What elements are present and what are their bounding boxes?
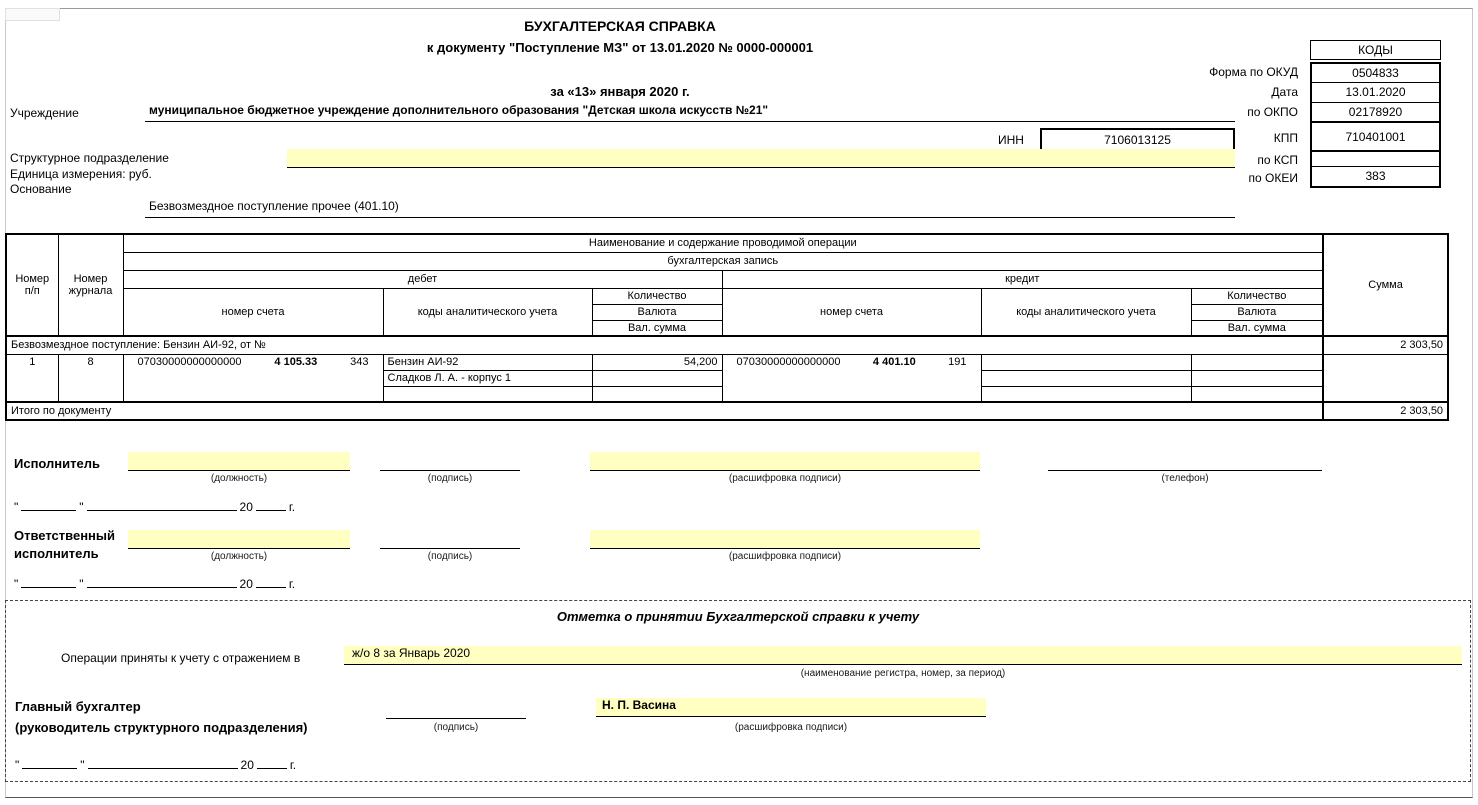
- document-date-line: за «13» января 2020 г.: [0, 84, 1240, 99]
- phone-caption: (телефон): [1048, 473, 1322, 484]
- codes-labels: Форма по ОКУД Дата по ОКПО КПП по КСП по…: [1085, 62, 1303, 189]
- col-header-debit-quantity: Количество: [592, 288, 722, 304]
- codes-values-box: 0504833 13.01.2020 02178920 710401001 38…: [1310, 62, 1441, 188]
- col-header-debit-cursum: Вал. сумма: [592, 320, 722, 336]
- position-caption: (должность): [128, 551, 350, 562]
- basis-label: Основание: [10, 182, 72, 196]
- responsible-position-field[interactable]: [128, 530, 350, 549]
- chief-accountant-label-1: Главный бухгалтер: [15, 699, 141, 714]
- executor-position-field[interactable]: [128, 452, 350, 471]
- position-caption: (должность): [128, 473, 350, 484]
- value-okud: 0504833: [1312, 64, 1439, 83]
- month-blank: [87, 498, 237, 511]
- year-prefix: 20: [240, 577, 253, 591]
- chief-signature-line: [386, 700, 526, 719]
- operations-accepted-label: Операции приняты к учету с отражением в: [61, 651, 300, 665]
- col-header-num: Номер п/п: [6, 234, 58, 336]
- signature-caption: (подпись): [380, 473, 520, 484]
- month-blank: [87, 575, 237, 588]
- transcript-caption: (расшифровка подписи): [596, 722, 986, 733]
- document-title-block: БУХГАЛТЕРСКАЯ СПРАВКА к документу "Посту…: [0, 18, 1240, 55]
- signature-caption: (подпись): [380, 551, 520, 562]
- page-title: БУХГАЛТЕРСКАЯ СПРАВКА: [0, 18, 1240, 34]
- group-row-sum: 2 303,50: [1323, 336, 1448, 354]
- acceptance-section: Отметка о принятии Бухгалтерской справки…: [5, 600, 1471, 782]
- quote-mark: ": [14, 500, 18, 514]
- transcript-caption: (расшифровка подписи): [590, 473, 980, 484]
- signature-caption: (подпись): [386, 722, 526, 733]
- responsible-signature-line: [380, 530, 520, 549]
- date-blank: [21, 498, 76, 511]
- col-header-debit-currency: Валюта: [592, 304, 722, 320]
- acceptance-date-line: ""20г.: [15, 756, 296, 772]
- responsible-label-1: Ответственный: [14, 528, 115, 543]
- quote-mark: ": [15, 758, 19, 772]
- value-date: 13.01.2020: [1312, 83, 1439, 103]
- codes-header-box: КОДЫ: [1310, 40, 1441, 60]
- group-row: Безвозмездное поступление: Бензин АИ-92,…: [6, 336, 1448, 354]
- credit-analytics-3: [981, 386, 1191, 402]
- table-row: 1 8 07030000000000000 4 105.33 343 Бензи…: [6, 354, 1448, 370]
- register-field[interactable]: ж/о 8 за Январь 2020: [344, 646, 1462, 665]
- row-num: 1: [6, 354, 58, 402]
- year-blank: [256, 498, 286, 511]
- col-header-credit-quantity: Количество: [1191, 288, 1323, 304]
- col-header-credit-currency: Валюта: [1191, 304, 1323, 320]
- debit-account-cell: 07030000000000000 4 105.33 343: [123, 354, 383, 402]
- quote-mark: ": [14, 577, 18, 591]
- credit-quantity-2: [1191, 370, 1323, 386]
- value-okei: 383: [1312, 166, 1439, 186]
- year-prefix: 20: [241, 758, 254, 772]
- year-suffix: г.: [289, 500, 295, 514]
- debit-kps: 07030000000000000: [138, 356, 242, 368]
- quote-mark: ": [80, 758, 84, 772]
- col-header-credit: кредит: [722, 270, 1323, 288]
- col-header-credit-account: номер счета: [722, 288, 981, 336]
- basis-value: Безвозмездное поступление прочее (401.10…: [145, 199, 1235, 218]
- col-header-entry: бухгалтерская запись: [123, 252, 1323, 270]
- institution-value: муниципальное бюджетное учреждение допол…: [145, 103, 1235, 122]
- register-caption: (наименование регистра, номер, за период…: [344, 668, 1462, 679]
- col-header-credit-analytics: коды аналитического учета: [981, 288, 1191, 336]
- accounting-certificate-page: БУХГАЛТЕРСКАЯ СПРАВКА к документу "Посту…: [0, 0, 1478, 805]
- debit-analytics-2: Сладков Л. А. - корпус 1: [383, 370, 592, 386]
- group-row-text: Безвозмездное поступление: Бензин АИ-92,…: [6, 336, 1323, 354]
- institution-label: Учреждение: [10, 106, 79, 120]
- col-header-debit-analytics: коды аналитического учета: [383, 288, 592, 336]
- responsible-date-line: ""20г.: [14, 575, 295, 591]
- credit-account: 4 401.10: [873, 356, 916, 368]
- executor-signature-line: [380, 452, 520, 471]
- label-okei: по ОКЕИ: [1085, 168, 1303, 189]
- credit-analytics-1: [981, 354, 1191, 370]
- transcript-caption: (расшифровка подписи): [590, 551, 980, 562]
- debit-analytics-3: [383, 386, 592, 402]
- total-label: Итого по документу: [6, 402, 1323, 420]
- executor-name-field[interactable]: [590, 452, 980, 471]
- executor-phone-line: [1048, 452, 1322, 471]
- date-blank: [22, 756, 77, 769]
- year-suffix: г.: [290, 758, 296, 772]
- page-subtitle: к документу "Поступление МЗ" от 13.01.20…: [0, 40, 1240, 55]
- col-header-journal: Номер журнала: [58, 234, 123, 336]
- executor-date-line: ""20г.: [14, 498, 295, 514]
- date-blank: [21, 575, 76, 588]
- quote-mark: ": [79, 577, 83, 591]
- col-header-operation: Наименование и содержание проводимой опе…: [123, 234, 1323, 252]
- credit-analytics-2: [981, 370, 1191, 386]
- credit-kosgu: 191: [948, 356, 966, 368]
- label-date: Дата: [1085, 82, 1303, 102]
- col-header-debit-account: номер счета: [123, 288, 383, 336]
- value-okpo: 02178920: [1312, 103, 1439, 123]
- year-prefix: 20: [240, 500, 253, 514]
- operations-table: Номер п/п Номер журнала Наименование и с…: [5, 233, 1449, 421]
- debit-analytics-1: Бензин АИ-92: [383, 354, 592, 370]
- col-header-debit: дебет: [123, 270, 722, 288]
- responsible-name-field[interactable]: [590, 530, 980, 549]
- year-blank: [256, 575, 286, 588]
- quote-mark: ": [79, 500, 83, 514]
- label-okud: Форма по ОКУД: [1085, 62, 1303, 82]
- debit-quantity-1: 54,200: [592, 354, 722, 370]
- acceptance-title: Отметка о принятии Бухгалтерской справки…: [6, 609, 1470, 624]
- value-ksp: [1312, 152, 1439, 166]
- year-suffix: г.: [289, 577, 295, 591]
- credit-kps: 07030000000000000: [737, 356, 841, 368]
- credit-quantity-1: [1191, 354, 1323, 370]
- total-sum: 2 303,50: [1323, 402, 1448, 420]
- debit-quantity-3: [592, 386, 722, 402]
- total-row: Итого по документу 2 303,50: [6, 402, 1448, 420]
- debit-account: 4 105.33: [274, 356, 317, 368]
- month-blank: [88, 756, 238, 769]
- debit-kosgu: 343: [350, 356, 368, 368]
- credit-account-cell: 07030000000000000 4 401.10 191: [722, 354, 981, 402]
- debit-quantity-2: [592, 370, 722, 386]
- chief-accountant-label-2: (руководитель структурного подразделения…: [15, 720, 308, 735]
- col-header-credit-cursum: Вал. сумма: [1191, 320, 1323, 336]
- value-kpp: 710401001: [1312, 123, 1439, 152]
- division-label: Структурное подразделение: [10, 151, 169, 165]
- row-journal: 8: [58, 354, 123, 402]
- inn-label: ИНН: [998, 133, 1024, 147]
- executor-label: Исполнитель: [14, 456, 100, 471]
- division-field[interactable]: [287, 149, 1235, 168]
- credit-quantity-3: [1191, 386, 1323, 402]
- year-blank: [257, 756, 287, 769]
- unit-label: Единица измерения: руб.: [10, 167, 152, 181]
- row-sum: [1323, 354, 1448, 402]
- chief-name-field[interactable]: Н. П. Васина: [596, 698, 986, 717]
- responsible-label-2: исполнитель: [14, 546, 99, 561]
- col-header-sum: Сумма: [1323, 234, 1448, 336]
